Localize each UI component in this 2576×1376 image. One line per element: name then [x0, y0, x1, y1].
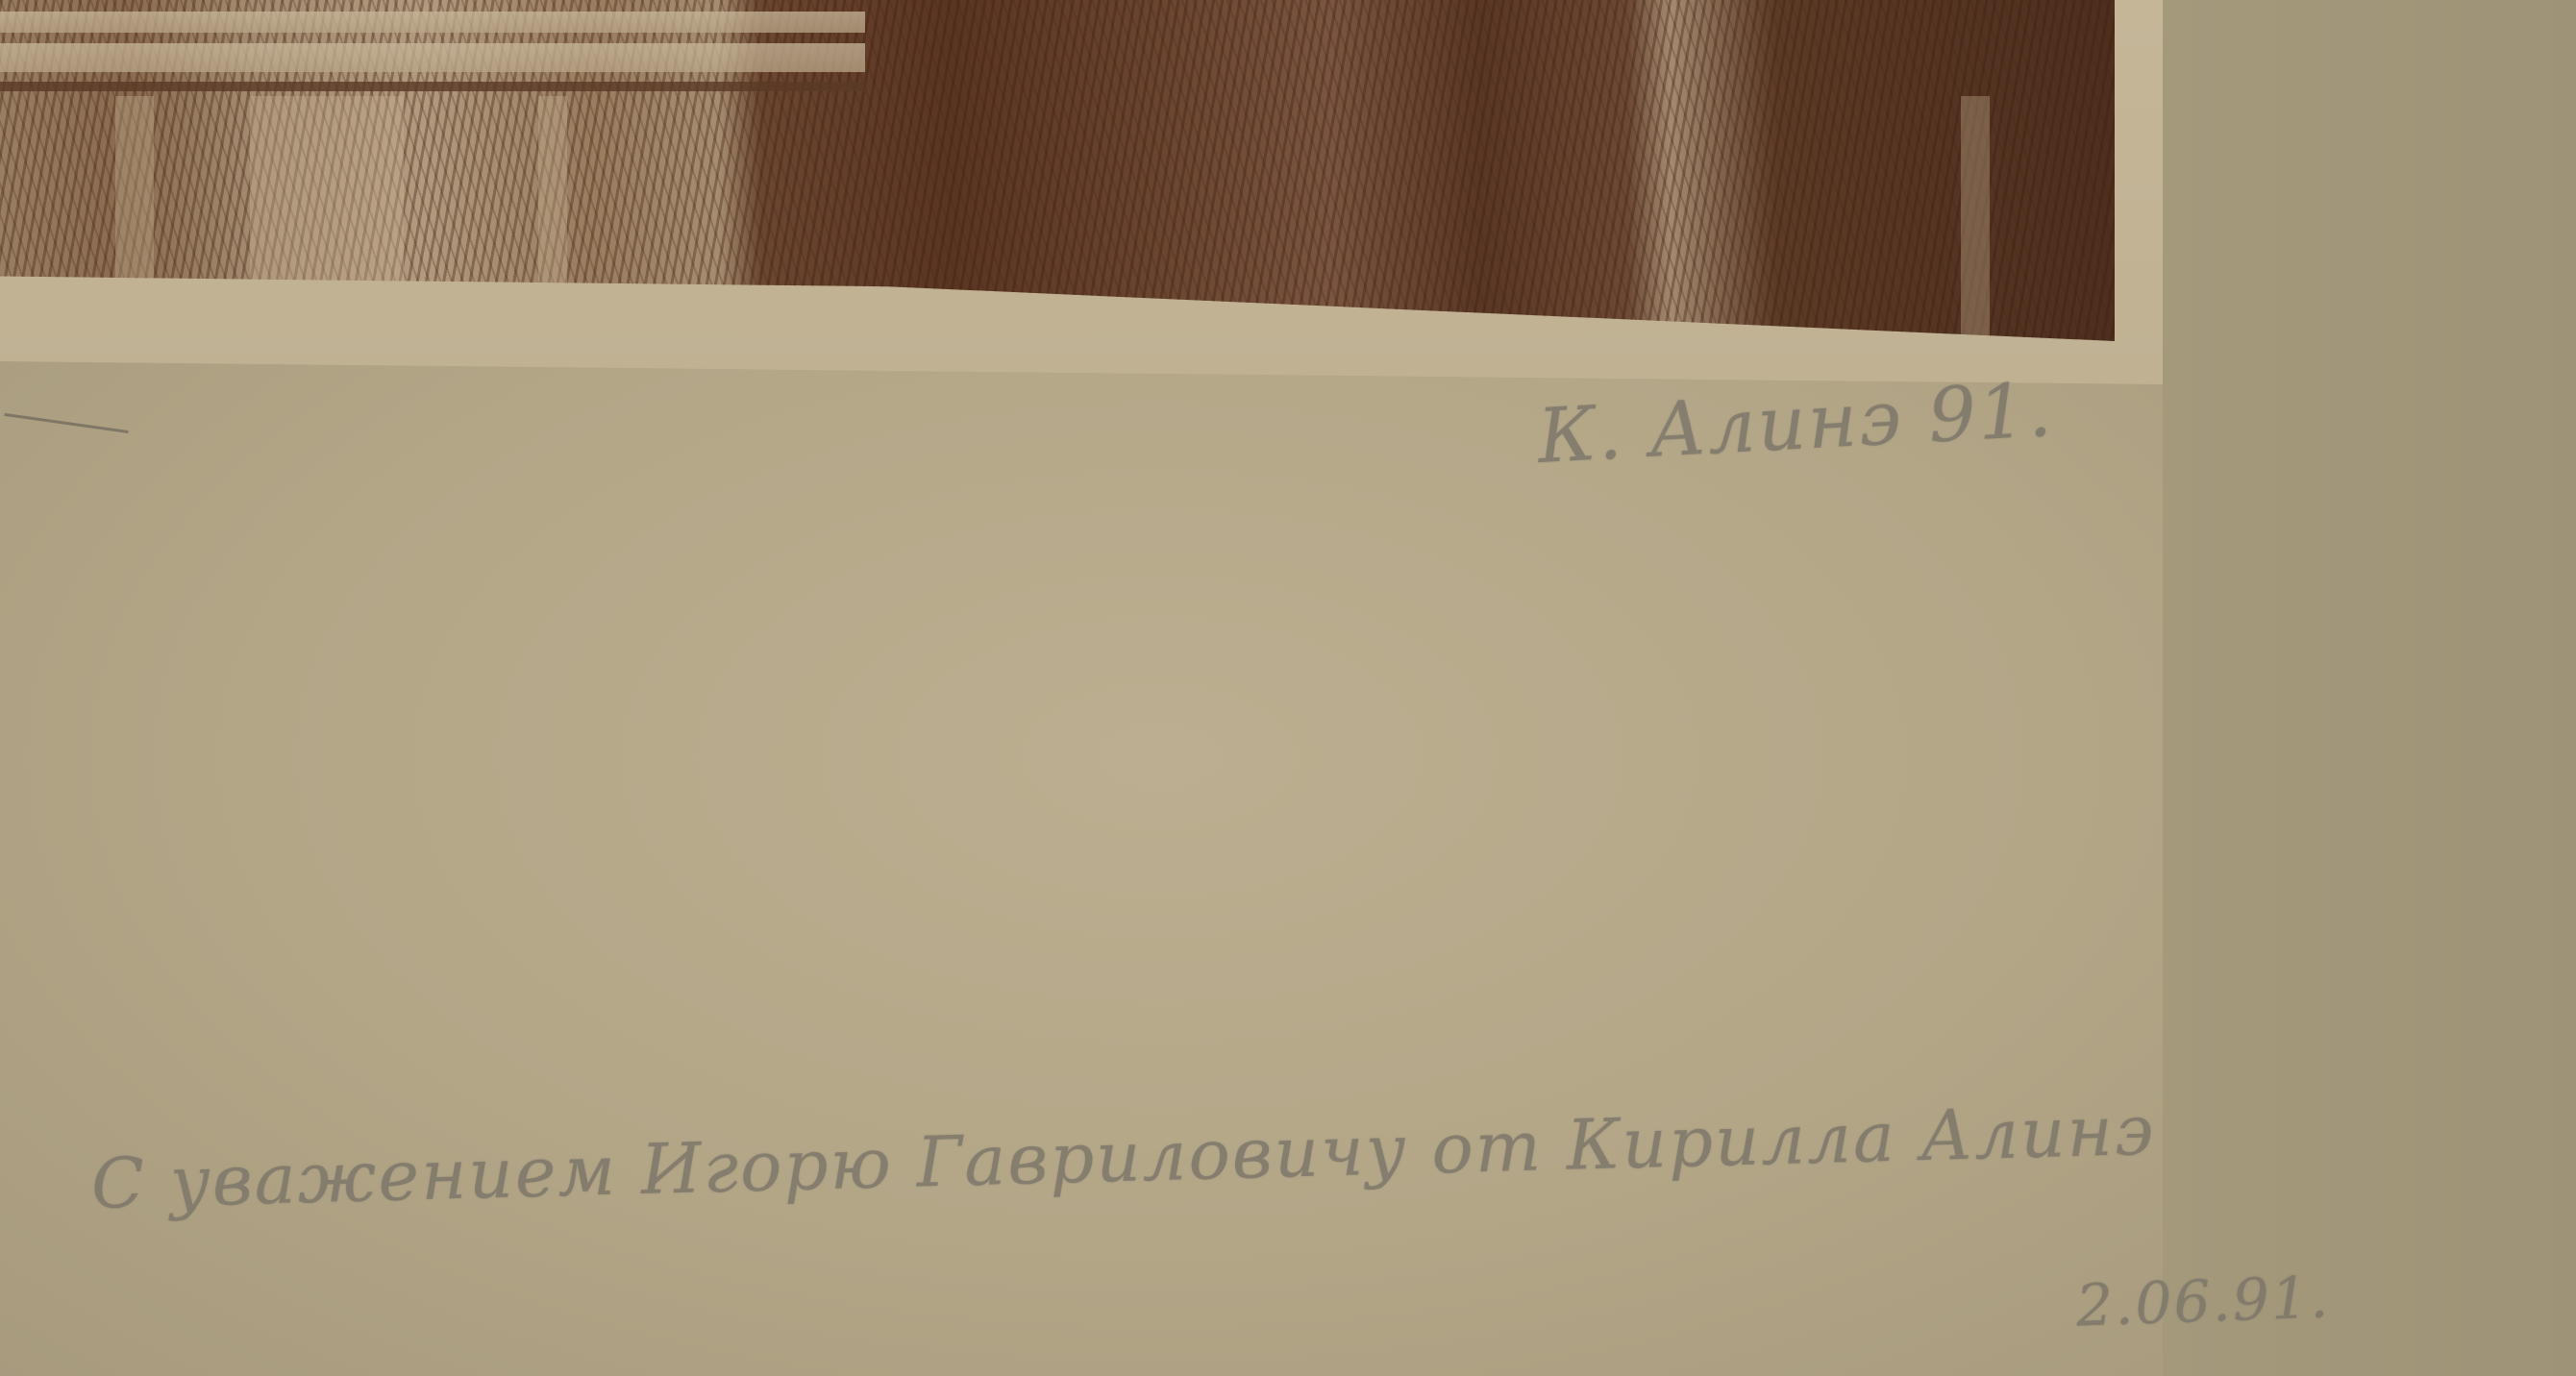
architectural-frieze	[0, 43, 865, 72]
dedication-date: 2.06.91.	[2075, 1264, 2331, 1339]
pencil-stray-mark	[4, 400, 130, 433]
artist-signature: К. Алинэ 91.	[1536, 367, 2056, 480]
dedication-inscription: С уважением Игорю Гавриловичу от Кирилла…	[90, 1090, 2156, 1224]
architectural-cornice	[0, 12, 865, 33]
photograph: К. Алинэ 91. С уважением Игорю Гаврилови…	[0, 0, 2576, 1376]
backing-board	[2163, 0, 2576, 1376]
architectural-shadow-line	[0, 82, 865, 91]
column	[1961, 96, 1990, 341]
